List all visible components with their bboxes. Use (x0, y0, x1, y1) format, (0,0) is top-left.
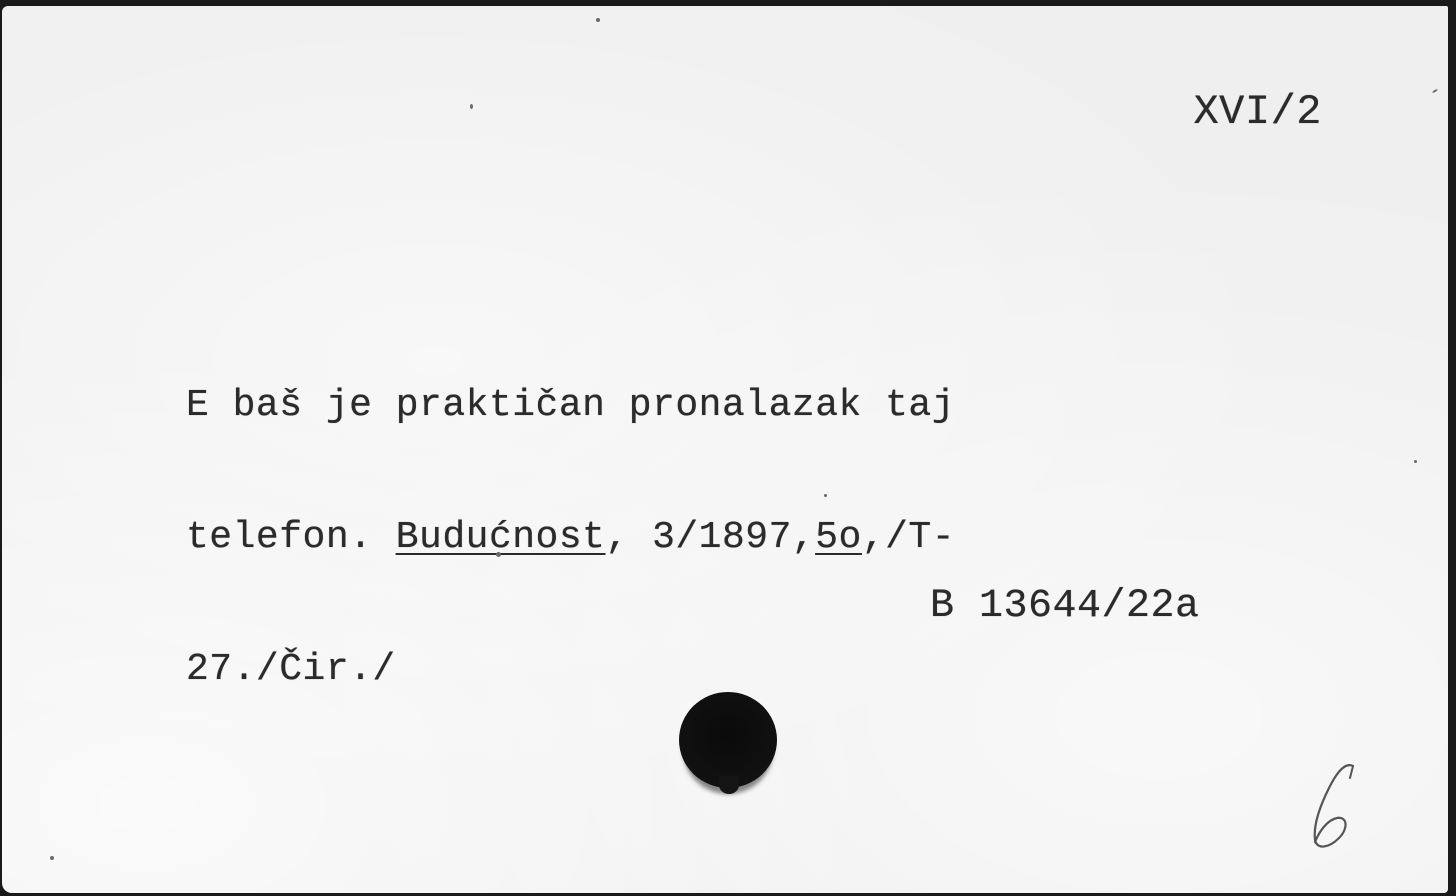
paper-speck (596, 18, 600, 22)
body-line-2: telefon. Budućnost, 3/1897,5o,/T- (186, 516, 955, 560)
body-line-3: 27./Čir./ (186, 648, 955, 692)
punch-hole (679, 692, 777, 788)
paper-speck (496, 552, 501, 557)
card-body-text: E baš je praktičan pronalazak taj telefo… (186, 296, 955, 780)
paper-speck (1414, 460, 1417, 463)
body-text-segment: telefon. (186, 516, 396, 559)
source-page: 5o (815, 516, 862, 559)
paper-speck (824, 494, 827, 497)
call-number: B 13644/22a (930, 584, 1200, 629)
paper-speck (470, 104, 473, 109)
shelfmark: XVI/2 (1193, 88, 1322, 136)
catalog-card: XVI/2 E baš je praktičan pronalazak taj … (2, 6, 1448, 893)
handwritten-mark-6 (1307, 758, 1367, 858)
scan-frame: XVI/2 E baš je praktičan pronalazak taj … (0, 0, 1456, 896)
source-issue: , 3/1897, (605, 516, 815, 559)
paper-speck (1432, 89, 1438, 94)
body-text-segment: E baš je praktičan pronalazak taj (186, 384, 955, 427)
body-line-1: E baš je praktičan pronalazak taj (186, 384, 955, 428)
author-annotation: 27./Čir./ (186, 648, 396, 691)
body-text-segment: ,/T- (862, 516, 955, 559)
paper-speck (50, 856, 54, 860)
